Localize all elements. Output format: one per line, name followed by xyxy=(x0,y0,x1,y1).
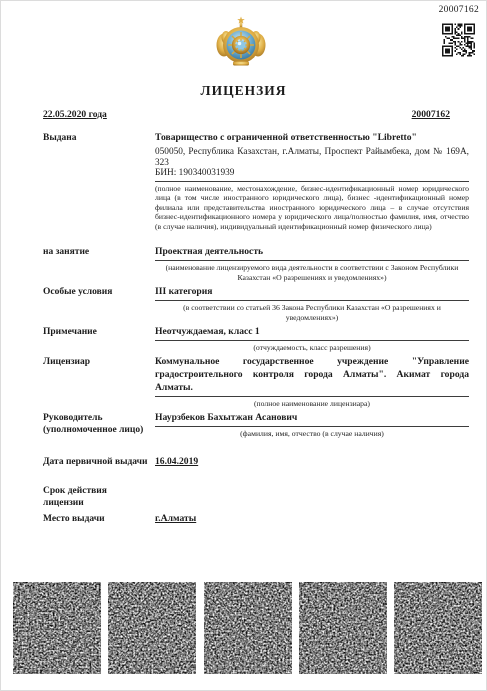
field-value: Проектная деятельность xyxy=(155,245,469,258)
field-caption: (полное наименование лицензиара) xyxy=(155,399,469,409)
license-document: 20007162 xyxy=(0,0,487,691)
field-value: г.Алматы xyxy=(155,512,469,525)
emblem-banner xyxy=(233,62,249,66)
field-value: Коммунальное государственное учреждение … xyxy=(155,355,469,394)
stamp-noise-block xyxy=(299,582,387,674)
field-text-line: 050050, Республика Казахстан, г.Алматы, … xyxy=(155,147,469,168)
field-label: Руководитель (уполномоченное лицо) xyxy=(43,412,155,436)
field-underline-rule xyxy=(155,340,469,341)
field-caption: (фамилия, имя, отчество (в случае наличи… xyxy=(155,429,469,439)
field-underline-rule xyxy=(155,260,469,261)
field-value-column: Проектная деятельность(наименование лице… xyxy=(155,246,469,282)
field-caption: (в соответствии со статьей 36 Закона Рес… xyxy=(155,303,469,322)
emblem-center xyxy=(237,41,246,50)
field-label: на занятие xyxy=(43,246,155,258)
issue-date: 22.05.2020 года xyxy=(43,109,107,120)
field-value-column: Наурзбеков Бахытжан Асанович(фамилия, им… xyxy=(155,412,469,439)
field-value-column: Коммунальное государственное учреждение … xyxy=(155,356,469,409)
stamp-noise-block xyxy=(204,582,292,674)
stamp-noise-block xyxy=(13,582,101,674)
field-label: Место выдачи xyxy=(43,513,155,525)
field-row: Дата первичной выдачи16.04.2019 xyxy=(43,456,469,468)
field-label: Лицензиар xyxy=(43,356,155,368)
kazakhstan-emblem-icon xyxy=(216,16,266,69)
field-value-column: 16.04.2019 xyxy=(155,456,469,468)
license-number: 20007162 xyxy=(412,109,450,120)
field-label: Выдана xyxy=(43,132,155,144)
field-value: Неотчуждаемая, класс 1 xyxy=(155,325,469,338)
field-underline-rule xyxy=(155,426,469,427)
field-label: Дата первичной выдачи xyxy=(43,456,155,468)
field-row: Особые условияIII категория(в соответств… xyxy=(43,286,469,322)
field-value-column: III категория(в соответствии со статьей … xyxy=(155,286,469,322)
field-row: ВыданаТоварищество с ограниченной ответс… xyxy=(43,132,469,231)
field-row: Руководитель (уполномоченное лицо)Наурзб… xyxy=(43,412,469,439)
field-caption: (отчуждаемость, класс разрешения) xyxy=(155,343,469,353)
qr-code-icon xyxy=(442,23,475,57)
field-row: ПримечаниеНеотчуждаемая, класс 1(отчужда… xyxy=(43,326,469,353)
stamp-row xyxy=(13,582,482,674)
field-value-column: г.Алматы xyxy=(155,513,469,525)
field-value: Наурзбеков Бахытжан Асанович xyxy=(155,411,469,424)
field-value: Товарищество с ограниченной ответственно… xyxy=(155,131,469,144)
field-value-column: Товарищество с ограниченной ответственно… xyxy=(155,132,469,231)
field-row: Место выдачиг.Алматы xyxy=(43,513,469,525)
field-row: Срок действия лицензии xyxy=(43,485,469,509)
field-underline-rule xyxy=(155,300,469,301)
field-label: Особые условия xyxy=(43,286,155,298)
document-title: ЛИЦЕНЗИЯ xyxy=(1,83,486,99)
field-value: 16.04.2019 xyxy=(155,455,469,468)
date-row: 22.05.2020 года 20007162 xyxy=(43,109,469,123)
field-label: Примечание xyxy=(43,326,155,338)
field-value: III категория xyxy=(155,285,469,298)
field-label: Срок действия лицензии xyxy=(43,485,155,509)
field-value-column: Неотчуждаемая, класс 1(отчуждаемость, кл… xyxy=(155,326,469,353)
emblem-highlight xyxy=(238,42,242,46)
field-row: ЛицензиарКоммунальное государственное уч… xyxy=(43,356,469,409)
field-caption: (наименование лицензируемого вида деятел… xyxy=(155,263,469,282)
field-row: на занятиеПроектная деятельность(наимено… xyxy=(43,246,469,282)
field-underline-rule xyxy=(155,181,469,182)
stamp-noise-block xyxy=(394,582,482,674)
field-text-line: БИН: 190340031939 xyxy=(155,168,469,179)
field-caption: (полное наименование, местонахождение, б… xyxy=(155,184,469,232)
field-underline-rule xyxy=(155,396,469,397)
license-number-top: 20007162 xyxy=(439,5,479,15)
stamp-noise-block xyxy=(108,582,196,674)
